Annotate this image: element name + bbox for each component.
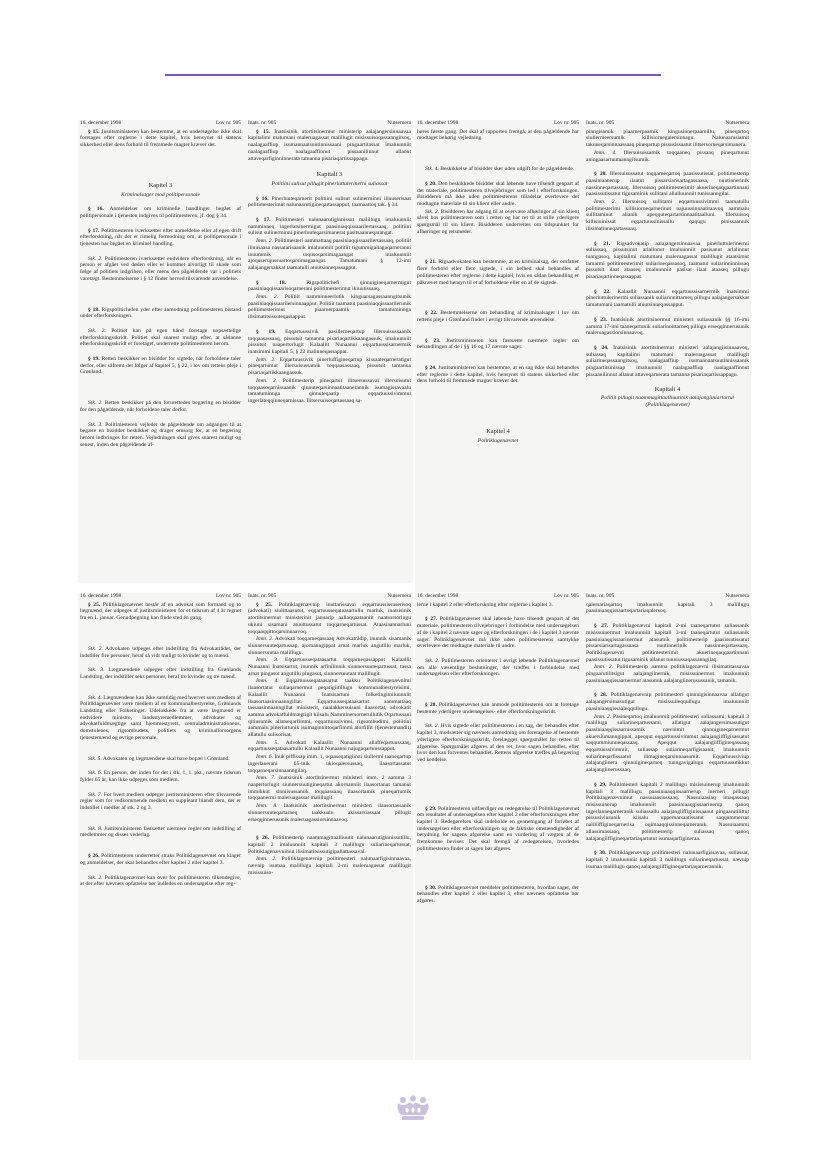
continuation-text: pinngisamik piaarnerpaamik kingusinnerpa… xyxy=(586,129,749,149)
page-header: Inats. nr. 905Nutsernera xyxy=(586,593,749,600)
section-25-stk-2: Stk. 2. Advokaten udpeges efter indstill… xyxy=(80,646,241,659)
section-19-imm-3: Imm. 3. Politimesterip pineqartut ilitse… xyxy=(248,378,411,405)
section-25: § 25. Politiklagenævnet består af en adv… xyxy=(80,602,241,622)
column-greenlandic: Inats. nr. 905Nutsernera § 25. Politikla… xyxy=(248,593,411,884)
section-25-stk-6: Stk. 6. En person, der inden for det i s… xyxy=(80,770,241,783)
page-header: 16. december 1998Lov nr. 905 xyxy=(417,593,579,600)
page-header: Inats. nr. 905Nutsernera xyxy=(586,120,749,127)
column-greenlandic: Inats. nr. 905Nutsernera § 15. Inatsisin… xyxy=(248,120,411,413)
column-danish: 16. december 1998Lov nr. 905 høres først… xyxy=(417,120,579,453)
column-danish: 16. december 1998Lov nr. 905 lerne i kap… xyxy=(417,593,579,913)
continuation-text: lerne i kapitel 2 eller efterforskning e… xyxy=(417,602,579,609)
section-16: § 16. Anmeldelser om kriminelle handling… xyxy=(80,206,241,219)
column-greenlandic: Inats. nr. 905Nutsernera pinngisamik pia… xyxy=(586,120,749,417)
section-25-stk-7: Stk. 7. For hvert medlem udpeger justits… xyxy=(80,792,241,812)
section-25-imm-7: Imm. 7. Inatsisinik atortitsinermut mini… xyxy=(248,775,411,802)
section-17: § 17. Politimesteri nalunaarutiginnissut… xyxy=(248,217,411,237)
continuation-text: høres første gang. Det skal af rapporten… xyxy=(417,129,579,142)
section-19-imm-2: Imm. 2. Eqqartuussivik pinerluffigineqar… xyxy=(248,357,411,377)
section-20: § 20. Den beskikkede bisidder skal løben… xyxy=(417,181,579,208)
section-25-stk-5: Stk. 5. Advokaten og lægmændene skal hav… xyxy=(80,756,241,763)
section-19-stk-3: Stk. 3. Politimesteren vejleder de pågæl… xyxy=(80,422,241,449)
section-29: § 29. Politimesteren udfærdiger en redeg… xyxy=(417,806,579,853)
section-20: § 20. Illersuisussatut toqqarneqartoq pa… xyxy=(586,171,749,198)
continuation-text: qalersariaqartoq imaluunniit kapitali 3 … xyxy=(586,602,749,615)
section-26: § 26. Politimesteren underretter straks … xyxy=(80,853,241,866)
section-24: § 24. Inatsisinik atortitsinermut minist… xyxy=(586,345,749,379)
section-25-stk-3: Stk. 3. Lægmændene udpeges efter indstil… xyxy=(80,667,241,680)
section-19: § 19. Eqqartuussivik pasillerneqartup il… xyxy=(248,329,411,356)
page-header: Inats. nr. 905Nutsernera xyxy=(248,120,411,127)
section-25-stk-4: Stk. 4. Lægmændene kan ikke samtidig med… xyxy=(80,695,241,742)
section-22: § 22. Kalaallit Nunaanni eqqartuussisarn… xyxy=(586,289,749,309)
section-25-imm-8: Imm. 8. Inatsisinik atortitsinermut mini… xyxy=(248,803,411,823)
section-18-imm-2: Imm. 2. Politiit namminneerlutik kinguar… xyxy=(248,294,411,321)
section-25-stk-8: Stk. 8. Justitsministeren fastsætter nær… xyxy=(80,826,241,839)
page-3: 16. december 1998Lov nr. 905 § 25. Polit… xyxy=(78,593,413,1060)
column-danish: 16. december 1998Lov nr. 905 § 25. Polit… xyxy=(80,593,241,896)
section-17: § 17. Politimesteren iværksætter efter a… xyxy=(80,228,241,248)
section-25-imm-5: Imm. 5. Advokati Kalaallit Nunaanni alla… xyxy=(248,740,411,753)
section-24: § 24. Justitsministeren kan bestemme, at… xyxy=(417,365,579,385)
section-25-imm-2: Imm. 2. Advokati toqqarneqassaaq Advokat… xyxy=(248,636,411,656)
section-25-imm-4: Imm. 4. Eqqartuusseqataasartut taakku Po… xyxy=(248,678,411,738)
section-16: § 16. Pinerluuteqarnerit politiini sulis… xyxy=(248,196,411,209)
section-21: § 21. Rigsadvokatip aalajangersinnaavaa … xyxy=(586,241,749,281)
chapter-heading: Kapitel 4Politiklagenævnet xyxy=(417,429,579,444)
section-18-stk-2: Stk. 2. Politiet kan på egen hånd foreta… xyxy=(80,328,241,348)
section-19-imm-4: Imm. 4. Illersuisussamik toqqaaneq pissa… xyxy=(586,150,749,163)
section-28: § 28. Politiklagenævnip politimesteri qi… xyxy=(586,692,749,712)
section-17-imm-2: Imm. 2. Politimesteri aammattaaq paasini… xyxy=(248,238,411,272)
page-4: 16. december 1998Lov nr. 905 lerne i kap… xyxy=(415,593,751,1060)
accent-rule xyxy=(165,74,661,76)
column-greenlandic: Inats. nr. 905Nutsernera qalersariaqarto… xyxy=(586,593,749,878)
page-header: Inats. nr. 905Nutsernera xyxy=(248,593,411,600)
section-28-stk-2: Stk. 2. Hvis sigtede eller politimestere… xyxy=(417,723,579,763)
section-25: § 25. Politiklagenævnip inuttarissavai e… xyxy=(248,602,411,636)
section-20-imm-2: Imm. 2. Illersuisoq sullitami eqqartuuss… xyxy=(586,199,749,233)
column-danish: 16. december 1998Lov nr. 905 § 15. Justi… xyxy=(80,120,241,456)
page-header: 16. december 1998Lov nr. 905 xyxy=(417,120,579,127)
section-20-stk-2: Stk. 2. Bisidderen har adgang til at ove… xyxy=(417,209,579,236)
chapter-heading: Kapitali 4Politiit pillugit naammagittaa… xyxy=(586,387,749,409)
section-25-imm-6: Imm. 6. Inuk piffissap imm. 1, oqaaseqat… xyxy=(248,754,411,774)
section-30: § 30. Politiklagenævnip politimesteri na… xyxy=(586,850,749,870)
page-header: 16. december 1998Lov nr. 905 xyxy=(80,120,241,127)
section-22: § 22. Bestemmelserne om behandling af kr… xyxy=(417,310,579,323)
page-header: 16. december 1998Lov nr. 905 xyxy=(80,593,241,600)
section-25-imm-3: Imm. 3. Eqqartuusseqataasartut toqqarneq… xyxy=(248,657,411,677)
section-26-imm-2: Imm. 2. Politiklagenævnip politimesteri … xyxy=(248,856,411,876)
page-2: 16. december 1998Lov nr. 905 høres først… xyxy=(415,120,751,592)
section-18: § 18. Rigspolitichefen yder efter anmodn… xyxy=(80,307,241,320)
section-19-stk-2: Stk. 2. Retten beskikker på den forurett… xyxy=(80,400,241,413)
section-28-imm-2: Imm. 2. Pasineqartoq imaluunniit politim… xyxy=(586,714,749,774)
section-18: § 18. Rigspolitichefi qinnuigineqarnermi… xyxy=(248,280,411,293)
section-21: § 21. Rigsadvokaten kan bestemme, at en … xyxy=(417,259,579,286)
section-19-stk-4: Stk. 4. Beskikkelse af bisidder sker ude… xyxy=(417,166,579,173)
section-23: § 23. Justitsministeren kan fastsætte næ… xyxy=(417,338,579,351)
section-15: § 15. Justitsministeren kan bestemme, at… xyxy=(80,129,241,149)
section-19: § 19. Retten beskikker en bisidder for s… xyxy=(80,356,241,376)
section-15: § 15. Inatsisinik atortitsinermut minist… xyxy=(248,129,411,163)
section-26-stk-2: Stk. 2. Politiklagenævnet kan over for p… xyxy=(80,875,241,888)
section-27-imm-2: Imm. 2. Politimesterip aamma politiklage… xyxy=(586,664,749,684)
section-27: § 27. Politiklagenævnet skal løbende hav… xyxy=(417,616,579,650)
page-1: 16. december 1998Lov nr. 905 § 15. Justi… xyxy=(78,120,413,583)
crown-icon xyxy=(393,1095,433,1125)
section-29: § 29. Politimesteri kapitali 2 malillugu… xyxy=(586,782,749,842)
chapter-heading: Kapitel 3Kriminalsager mod politipersona… xyxy=(80,183,241,198)
section-27: § 27. Politiklagenævni kapitali 2-mi taa… xyxy=(586,623,749,663)
section-26: § 26. Politimesterip naammagittaalliuuti… xyxy=(248,835,411,855)
section-27-stk-2: Stk. 2. Politimesteren orienterer i øvri… xyxy=(417,658,579,678)
section-30: § 30. Politiklagenævnet meddeler politim… xyxy=(417,885,579,905)
section-17-stk-2: Stk. 2. Politimesteren iværksætter endvi… xyxy=(80,256,241,283)
chapter-heading: Kapitali 3Politiini sulisut pillugit pin… xyxy=(248,172,411,187)
section-28: § 28. Politiklagenævnet kan anmode polit… xyxy=(417,702,579,715)
section-23: § 23. Inatsisinik atortitsinermut minist… xyxy=(586,317,749,337)
